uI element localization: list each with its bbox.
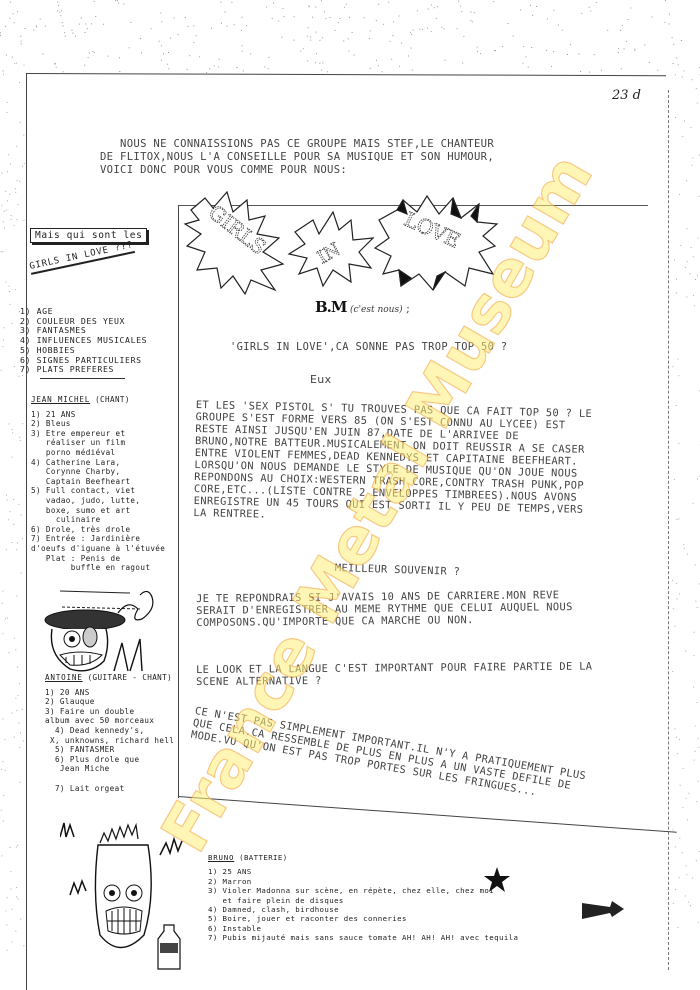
sidebar-divider xyxy=(40,378,125,379)
member-answer: X, unknowns, richard hell xyxy=(45,736,185,746)
page-frame-left-border xyxy=(26,73,27,990)
member-answer: vadao, judo, lutte, xyxy=(31,496,181,506)
member-answer: culinaire xyxy=(31,515,181,525)
member-role: (GUITARE - CHANT) xyxy=(83,673,173,682)
member-heading: ANTOINE (GUITARE - CHANT) xyxy=(45,673,185,683)
member-answer: 3) Faire un double xyxy=(45,707,185,717)
member-answer: d'oeufs d'iguane à l'étuvée xyxy=(31,544,181,554)
member-answer: 6) Plus drole que xyxy=(45,755,185,765)
member-answer: Captain Beefheart xyxy=(31,477,181,487)
member-answer: 6) Instable xyxy=(208,924,548,933)
bruno-caricature-drawing xyxy=(60,815,200,985)
member-answer: Plat : Penis de xyxy=(31,554,181,564)
girls-in-love-logo: GIRLS IN LOVE xyxy=(183,190,513,295)
member-answer: 6) Drole, très drole xyxy=(31,525,181,535)
page-frame-top-border xyxy=(26,73,666,76)
member-heading: JEAN MICHEL (CHANT) xyxy=(31,395,181,405)
member-answer: Jean Miche xyxy=(45,764,185,774)
member-answer: 5) Full contact, viet xyxy=(31,486,181,496)
antoine-caricature-drawing xyxy=(30,585,180,675)
byline: B.M (c'est nous) ; xyxy=(315,298,410,316)
member-answer: porno médiéval xyxy=(31,448,181,458)
arrow-doodle-icon xyxy=(580,897,626,923)
member-answer: Corynne Charby, xyxy=(31,467,181,477)
member-answer: 5) Boire, jouer et raconter des connerie… xyxy=(208,914,548,923)
page-number: 23 d xyxy=(612,88,641,103)
member-answer: 4) Catherine Lara, xyxy=(31,458,181,468)
byline-suffix: ; xyxy=(406,302,410,315)
sidebar-question-item: 7) PLATS PREFERES xyxy=(20,365,147,375)
member-card-jean-michel: JEAN MICHEL (CHANT)1) 21 ANS2) Bleus3) E… xyxy=(31,395,181,573)
member-card-antoine: ANTOINE (GUITARE - CHANT)1) 20 ANS2) Gla… xyxy=(45,673,185,793)
interview-answer-1: ET LES 'SEX PISTOL S' TU TROUVES PAS QUE… xyxy=(193,399,592,528)
page-frame-right-border xyxy=(668,90,669,970)
member-answer: 5) FANTASMER xyxy=(45,745,185,755)
interview-speaker-label: Eux xyxy=(310,374,331,386)
pentagram-doodle-icon xyxy=(483,866,511,894)
interview-answer-3: CE N'EST PAS SIMPLEMENT IMPORTANT.IL N'Y… xyxy=(190,705,587,806)
member-answer: 2) Glauque xyxy=(45,697,185,707)
member-answer: 3) Etre empereur et xyxy=(31,429,181,439)
member-name: JEAN MICHEL xyxy=(31,395,90,404)
member-answer: 4) Dead kennedy's, xyxy=(45,726,185,736)
member-role: (CHANT) xyxy=(90,395,130,404)
interview-answer-2: JE TE REPONDRAIS SI J'AVAIS 10 ANS DE CA… xyxy=(196,589,573,629)
member-answer xyxy=(45,774,185,784)
article-box-bottom-border xyxy=(178,796,677,833)
member-name: BRUNO xyxy=(208,853,234,862)
sidebar-question-list: 1) AGE2) COULEUR DES YEUX3) FANTASMES4) … xyxy=(20,307,147,375)
sidebar-subtitle: GIRLS IN LOVE ??? xyxy=(29,240,135,275)
member-answer: réaliser un film xyxy=(31,438,181,448)
byline-mark: B.M xyxy=(315,298,347,316)
interview-question-1: 'GIRLS IN LOVE',CA SONNE PAS TROP TOP 50… xyxy=(230,341,507,353)
member-answer: album avec 50 morceaux xyxy=(45,716,185,726)
member-role: (BATTERIE) xyxy=(234,853,287,862)
interview-question-3: LE LOOK ET LA LANGUE C'EST IMPORTANT POU… xyxy=(196,661,593,688)
member-heading: BRUNO (BATTERIE) xyxy=(208,853,548,862)
member-answer: 7) Pubis mijauté mais sans sauce tomate … xyxy=(208,933,548,942)
member-answer: 7) Lait orgeat xyxy=(45,784,185,794)
member-answer: 2) Bleus xyxy=(31,419,181,429)
member-answer: et faire plein de disques xyxy=(208,896,548,905)
interview-question-2: MEILLEUR SOUVENIR ? xyxy=(335,562,461,578)
member-answer: 7) Entrée : Jardinière xyxy=(31,534,181,544)
member-name: ANTOINE xyxy=(45,673,83,682)
member-answer: buffle en ragout xyxy=(31,563,181,573)
member-answer: 1) 21 ANS xyxy=(31,410,181,420)
byline-note: (c'est nous) xyxy=(350,305,403,315)
member-answer: 4) Damned, clash, birdhouse xyxy=(208,905,548,914)
intro-paragraph: NOUS NE CONNAISSIONS PAS CE GROUPE MAIS … xyxy=(100,138,494,177)
member-answer: 1) 20 ANS xyxy=(45,688,185,698)
member-answer: boxe, sumo et art xyxy=(31,506,181,516)
